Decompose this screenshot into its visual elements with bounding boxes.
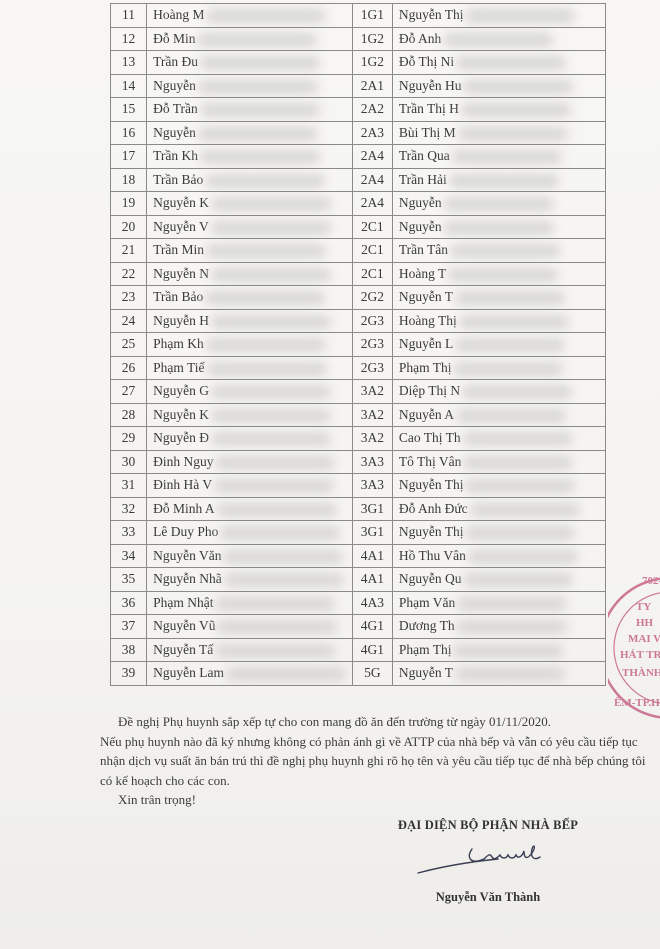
row-number: 36 [122,595,136,610]
student-name: Nguyễn G [153,383,209,398]
row-number-cell: 34 [111,544,147,568]
redaction-blur [465,479,575,493]
class-code-cell: 2C1 [352,239,392,263]
redaction-blur [448,268,558,282]
class-code-cell: 3A2 [352,403,392,427]
class-code: 3A3 [361,477,384,492]
table-row: 20Nguyễn V2C1Nguyễn [111,215,606,239]
student-name: Nguyễn [153,78,196,93]
redaction-blur [455,291,565,305]
row-number: 32 [122,501,136,516]
row-number: 15 [122,101,136,116]
redaction-blur [197,33,317,47]
student-name-cell: Nguyễn Đ [147,427,353,451]
student-name-cell: Trần Bảo [147,168,353,192]
document-page: 11Hoàng M1G1Nguyễn Thị12Đỗ Min1G2Đỗ Anh1… [0,0,660,949]
redaction-blur [465,9,575,23]
redaction-blur [462,385,572,399]
redaction-blur [200,56,320,70]
row-number: 29 [122,430,136,445]
parent-name: Nguyễn Qu [399,571,462,586]
parent-name: Nguyễn T [399,665,453,680]
parent-name-cell: Cao Thị Th [392,427,605,451]
row-number-cell: 31 [111,474,147,498]
parent-name-cell: Dương Th [392,615,605,639]
table-row: 15Đỗ Trần2A2Trần Thị H [111,98,606,122]
student-name-cell: Nguyễn Nhã [147,568,353,592]
row-number-cell: 17 [111,145,147,169]
parent-name-cell: Hồ Thu Vân [392,544,605,568]
redaction-blur [452,150,562,164]
parent-name-cell: Diệp Thị N [392,380,605,404]
row-number-cell: 28 [111,403,147,427]
class-code-cell: 2G3 [352,356,392,380]
signoff-role: ĐẠI DIỆN BỘ PHẬN NHÀ BẾP [358,818,618,833]
row-number: 14 [122,78,136,93]
row-number-cell: 38 [111,638,147,662]
student-name-cell: Nguyễn K [147,192,353,216]
table-row: 30Đinh Nguy3A3Tô Thị Vân [111,450,606,474]
row-number: 24 [122,313,136,328]
student-name: Nguyễn K [153,407,209,422]
row-number: 37 [122,618,136,633]
redaction-blur [224,573,344,587]
student-name: Nguyễn K [153,195,209,210]
student-name: Hoàng M [153,7,204,22]
row-number: 35 [122,571,136,586]
student-name: Phạm Tiế [153,360,204,375]
parent-name: Đỗ Thị Ni [399,54,454,69]
class-code: 1G2 [361,31,384,46]
class-code-cell: 4G1 [352,615,392,639]
redaction-blur [444,197,554,211]
redaction-blur [215,597,335,611]
row-number: 33 [122,524,136,539]
student-name: Đinh Hà V [153,477,212,492]
parent-name: Nguyễn L [399,336,453,351]
class-code-cell: 3A3 [352,450,392,474]
row-number: 28 [122,407,136,422]
table-row: 28Nguyễn K3A2Nguyễn A [111,403,606,427]
class-code: 3A2 [361,383,384,398]
redaction-blur [211,385,331,399]
student-name-cell: Phạm Tiế [147,356,353,380]
parent-name: Nguyễn T [399,289,453,304]
redaction-blur [206,9,326,23]
stamp-text-fragment: HÁT TRIỂN [620,648,660,661]
row-number: 31 [122,477,136,492]
class-code: 2G3 [361,313,384,328]
redaction-blur [223,550,343,564]
redaction-blur [214,479,334,493]
student-name: Lê Duy Pho [153,524,218,539]
closing-line: Xin trân trọng! [100,790,660,810]
row-number-cell: 26 [111,356,147,380]
student-name: Nguyễn H [153,313,209,328]
class-code-cell: 2G3 [352,309,392,333]
class-code: 2C1 [361,242,384,257]
student-name-cell: Phạm Kh [147,333,353,357]
parent-name-cell: Phạm Văn [392,591,605,615]
parent-name-cell: Nguyễn [392,192,605,216]
student-name-cell: Nguyễn Lam [147,662,353,686]
parent-name-cell: Nguyễn T [392,286,605,310]
row-number-cell: 24 [111,309,147,333]
parent-name-cell: Nguyễn T [392,662,605,686]
row-number-cell: 39 [111,662,147,686]
notes-line-1: Đề nghị Phụ huynh sắp xếp tự cho con man… [100,712,660,732]
class-code-cell: 2G3 [352,333,392,357]
row-number-cell: 30 [111,450,147,474]
parent-name-cell: Nguyễn Qu [392,568,605,592]
parent-name: Hoàng Thị [399,313,457,328]
student-name-cell: Đinh Nguy [147,450,353,474]
student-name-cell: Nguyễn G [147,380,353,404]
row-number: 13 [122,54,136,69]
class-code-cell: 1G2 [352,27,392,51]
parent-name: Phạm Văn [399,595,455,610]
class-code-cell: 1G2 [352,51,392,75]
parent-name-cell: Bùi Thị M [392,121,605,145]
parent-name: Nguyễn [399,219,442,234]
parent-name: Phạm Thị [399,360,452,375]
student-name-cell: Đỗ Minh A [147,497,353,521]
redaction-blur [453,362,563,376]
row-number: 22 [122,266,136,281]
class-code: 3A3 [361,454,384,469]
redaction-blur [211,315,331,329]
stamp-text-fragment: HH [636,617,654,629]
student-name: Trần Min [153,242,204,257]
row-number: 21 [122,242,136,257]
class-code-cell: 3A3 [352,474,392,498]
student-name-cell: Nguyễn [147,121,353,145]
roster-body: 11Hoàng M1G1Nguyễn Thị12Đỗ Min1G2Đỗ Anh1… [111,4,606,686]
parent-name: Đỗ Anh [399,31,441,46]
parent-name-cell: Hoàng Thị [392,309,605,333]
class-code: 2A1 [361,78,384,93]
class-code: 3A2 [361,430,384,445]
student-name-cell: Trần Bảo [147,286,353,310]
notes-section: Đề nghị Phụ huynh sắp xếp tự cho con man… [100,712,660,810]
redaction-blur [470,503,580,517]
row-number: 25 [122,336,136,351]
parent-name-cell: Đỗ Anh [392,27,605,51]
student-name-cell: Nguyễn N [147,262,353,286]
class-code-cell: 2C1 [352,215,392,239]
table-row: 18Trần Bảo2A4Trần Hải [111,168,606,192]
redaction-blur [457,597,567,611]
redaction-blur [463,456,573,470]
row-number-cell: 32 [111,497,147,521]
row-number-cell: 11 [111,4,147,28]
row-number-cell: 14 [111,74,147,98]
class-code: 2G3 [361,360,384,375]
student-name: Nguyễn V [153,219,209,234]
parent-name-cell: Trần Qua [392,145,605,169]
parent-name-cell: Phạm Thị [392,638,605,662]
class-code-cell: 2A2 [352,98,392,122]
parent-name: Nguyễn Thị [399,477,464,492]
row-number: 26 [122,360,136,375]
student-name-cell: Nguyễn Tấ [147,638,353,662]
table-row: 37Nguyễn Vũ4G1Dương Th [111,615,606,639]
student-name: Nguyễn N [153,266,209,281]
row-number-cell: 20 [111,215,147,239]
redaction-blur [205,291,325,305]
class-code: 2A2 [361,101,384,116]
student-name-cell: Đỗ Trần [147,98,353,122]
table-row: 32Đỗ Minh A3G1Đỗ Anh Đức [111,497,606,521]
class-code-cell: 2C1 [352,262,392,286]
row-number-cell: 18 [111,168,147,192]
class-code: 1G2 [361,54,384,69]
parent-name-cell: Nguyễn [392,215,605,239]
parent-name-cell: Nguyễn Thị [392,474,605,498]
class-code: 1G1 [361,7,384,22]
redaction-blur [198,80,318,94]
class-code-cell: 3A2 [352,427,392,451]
class-code-cell: 3G1 [352,521,392,545]
student-name-cell: Nguyễn Vũ [147,615,353,639]
student-name: Nguyễn [153,125,196,140]
row-number: 27 [122,383,136,398]
stamp-text-fragment: MAI VÀ [628,633,660,645]
signer-name: Nguyễn Văn Thành [358,890,618,905]
redaction-blur [200,103,320,117]
stamp-text-fragment: THÀNH [622,667,660,679]
class-code-cell: 2A4 [352,145,392,169]
parent-name-cell: Nguyễn Thị [392,4,605,28]
student-name: Đỗ Trần [153,101,198,116]
parent-name: Bùi Thị M [399,125,456,140]
row-number: 39 [122,665,136,680]
redaction-blur [449,174,559,188]
class-code-cell: 4A1 [352,544,392,568]
table-row: 35Nguyễn Nhã4A1Nguyễn Qu [111,568,606,592]
class-code: 2G2 [361,289,384,304]
parent-name: Dương Th [399,618,455,633]
redaction-blur [206,244,326,258]
parent-name-cell: Trần Tân [392,239,605,263]
row-number: 17 [122,148,136,163]
row-number-cell: 27 [111,380,147,404]
class-code: 4A1 [361,571,384,586]
student-name-cell: Đỗ Min [147,27,353,51]
table-row: 27Nguyễn G3A2Diệp Thị N [111,380,606,404]
row-number: 18 [122,172,136,187]
class-code-cell: 3G1 [352,497,392,521]
redaction-blur [465,526,575,540]
row-number: 38 [122,642,136,657]
row-number-cell: 13 [111,51,147,75]
class-code: 3G1 [361,501,384,516]
redaction-blur [457,620,567,634]
redaction-blur [217,503,337,517]
student-name: Nguyễn Nhã [153,571,222,586]
parent-name-cell: Tô Thị Vân [392,450,605,474]
row-number-cell: 22 [111,262,147,286]
parent-name: Hồ Thu Vân [399,548,466,563]
table-row: 31Đinh Hà V3A3Nguyễn Thị [111,474,606,498]
stamp-text-fragment: ÊM-TP.HÀ N [614,697,660,709]
row-number-cell: 35 [111,568,147,592]
redaction-blur [198,127,318,141]
row-number-cell: 33 [111,521,147,545]
redaction-blur [455,667,565,681]
student-name: Trần Bảo [153,289,203,304]
redaction-blur [207,362,327,376]
parent-name-cell: Trần Hải [392,168,605,192]
table-row: 29Nguyễn Đ3A2Cao Thị Th [111,427,606,451]
class-code: 4G1 [361,642,384,657]
redaction-blur [211,409,331,423]
student-name-cell: Trần Min [147,239,353,263]
class-code-cell: 2A4 [352,192,392,216]
redaction-blur [463,573,573,587]
table-row: 19Nguyễn K2A4Nguyễn [111,192,606,216]
student-name-cell: Hoàng M [147,4,353,28]
row-number: 11 [122,7,135,22]
student-name: Phạm Nhật [153,595,213,610]
table-row: 38Nguyễn Tấ4G1Phạm Thị [111,638,606,662]
parent-name: Nguyễn Hu [399,78,462,93]
student-name-cell: Lê Duy Pho [147,521,353,545]
student-name: Trần Bảo [153,172,203,187]
class-code: 2A4 [361,148,384,163]
class-code: 3G1 [361,524,384,539]
parent-name: Nguyễn A [399,407,454,422]
student-name-cell: Nguyễn H [147,309,353,333]
row-number-cell: 15 [111,98,147,122]
student-name-cell: Trần Đu [147,51,353,75]
class-code: 2A3 [361,125,384,140]
table-row: 25Phạm Kh2G3Nguyễn L [111,333,606,357]
row-number: 19 [122,195,136,210]
class-code: 4G1 [361,618,384,633]
parent-name-cell: Nguyễn A [392,403,605,427]
parent-name: Nguyễn Thị [399,7,464,22]
signoff-block: ĐẠI DIỆN BỘ PHẬN NHÀ BẾP Nguyễn Văn Thàn… [358,818,618,905]
redaction-blur [211,432,331,446]
redaction-blur [220,526,340,540]
redaction-blur [444,221,554,235]
student-name-cell: Trần Kh [147,145,353,169]
row-number-cell: 23 [111,286,147,310]
table-row: 36Phạm Nhật4A3Phạm Văn [111,591,606,615]
signature-icon [388,835,588,879]
redaction-blur [450,244,560,258]
class-code-cell: 2A4 [352,168,392,192]
redaction-blur [453,644,563,658]
class-code: 2G3 [361,336,384,351]
redaction-blur [456,409,566,423]
table-row: 16Nguyễn2A3Bùi Thị M [111,121,606,145]
redaction-blur [458,127,568,141]
table-row: 39Nguyễn Lam5GNguyễn T [111,662,606,686]
redaction-blur [217,620,337,634]
row-number-cell: 19 [111,192,147,216]
class-code-cell: 4G1 [352,638,392,662]
redaction-blur [226,667,346,681]
row-number-cell: 25 [111,333,147,357]
parent-name: Đỗ Anh Đức [399,501,468,516]
parent-name: Trần Thị H [399,101,459,116]
row-number-cell: 29 [111,427,147,451]
student-name: Trần Đu [153,54,198,69]
table-row: 34Nguyễn Văn4A1Hồ Thu Vân [111,544,606,568]
student-name-cell: Nguyễn V [147,215,353,239]
parent-name: Tô Thị Vân [399,454,462,469]
table-row: 22Nguyễn N2C1Hoàng T [111,262,606,286]
table-row: 33Lê Duy Pho3G1Nguyễn Thị [111,521,606,545]
student-name: Nguyễn Vũ [153,618,215,633]
redaction-blur [211,197,331,211]
class-code: 2A4 [361,195,384,210]
notes-line-2: Nếu phụ huynh nào đã ký nhưng không có p… [100,732,660,791]
row-number-cell: 16 [111,121,147,145]
student-name-cell: Nguyễn K [147,403,353,427]
class-code: 2A4 [361,172,384,187]
parent-name-cell: Nguyễn Thị [392,521,605,545]
parent-name: Phạm Thị [399,642,452,657]
redaction-blur [205,174,325,188]
table-row: 14Nguyễn2A1Nguyễn Hu [111,74,606,98]
row-number: 30 [122,454,136,469]
student-name: Đỗ Min [153,31,195,46]
class-code-cell: 3A2 [352,380,392,404]
redaction-blur [463,432,573,446]
parent-name: Trần Qua [399,148,450,163]
student-name: Nguyễn Đ [153,430,209,445]
redaction-blur [468,550,578,564]
class-code-cell: 2G2 [352,286,392,310]
table-row: 11Hoàng M1G1Nguyễn Thị [111,4,606,28]
class-code: 2C1 [361,266,384,281]
table-row: 13Trần Đu1G2Đỗ Thị Ni [111,51,606,75]
row-number-cell: 36 [111,591,147,615]
parent-name-cell: Đỗ Anh Đức [392,497,605,521]
class-code-cell: 5G [352,662,392,686]
redaction-blur [215,456,335,470]
row-number: 20 [122,219,136,234]
student-name: Nguyễn Tấ [153,642,213,657]
company-stamp-icon: 702-C.TTYHHMAI VÀHÁT TRIỂNTHÀNHÊM-TP.HÀ … [608,560,660,740]
parent-name-cell: Trần Thị H [392,98,605,122]
parent-name-cell: Phạm Thị [392,356,605,380]
class-code: 4A1 [361,548,384,563]
table-row: 21Trần Min2C1Trần Tân [111,239,606,263]
student-name-cell: Phạm Nhật [147,591,353,615]
parent-name: Nguyễn [399,195,442,210]
class-code-cell: 2A3 [352,121,392,145]
row-number: 34 [122,548,136,563]
stamp-text-fragment: TY [636,601,651,613]
parent-name-cell: Đỗ Thị Ni [392,51,605,75]
redaction-blur [215,644,335,658]
class-code: 3A2 [361,407,384,422]
class-code-cell: 2A1 [352,74,392,98]
class-code: 5G [364,665,381,680]
redaction-blur [443,33,553,47]
row-number-cell: 21 [111,239,147,263]
class-code: 2C1 [361,219,384,234]
student-name: Nguyễn Lam [153,665,224,680]
table-row: 24Nguyễn H2G3Hoàng Thị [111,309,606,333]
parent-name: Nguyễn Thị [399,524,464,539]
redaction-blur [463,80,573,94]
student-name: Nguyễn Văn [153,548,221,563]
